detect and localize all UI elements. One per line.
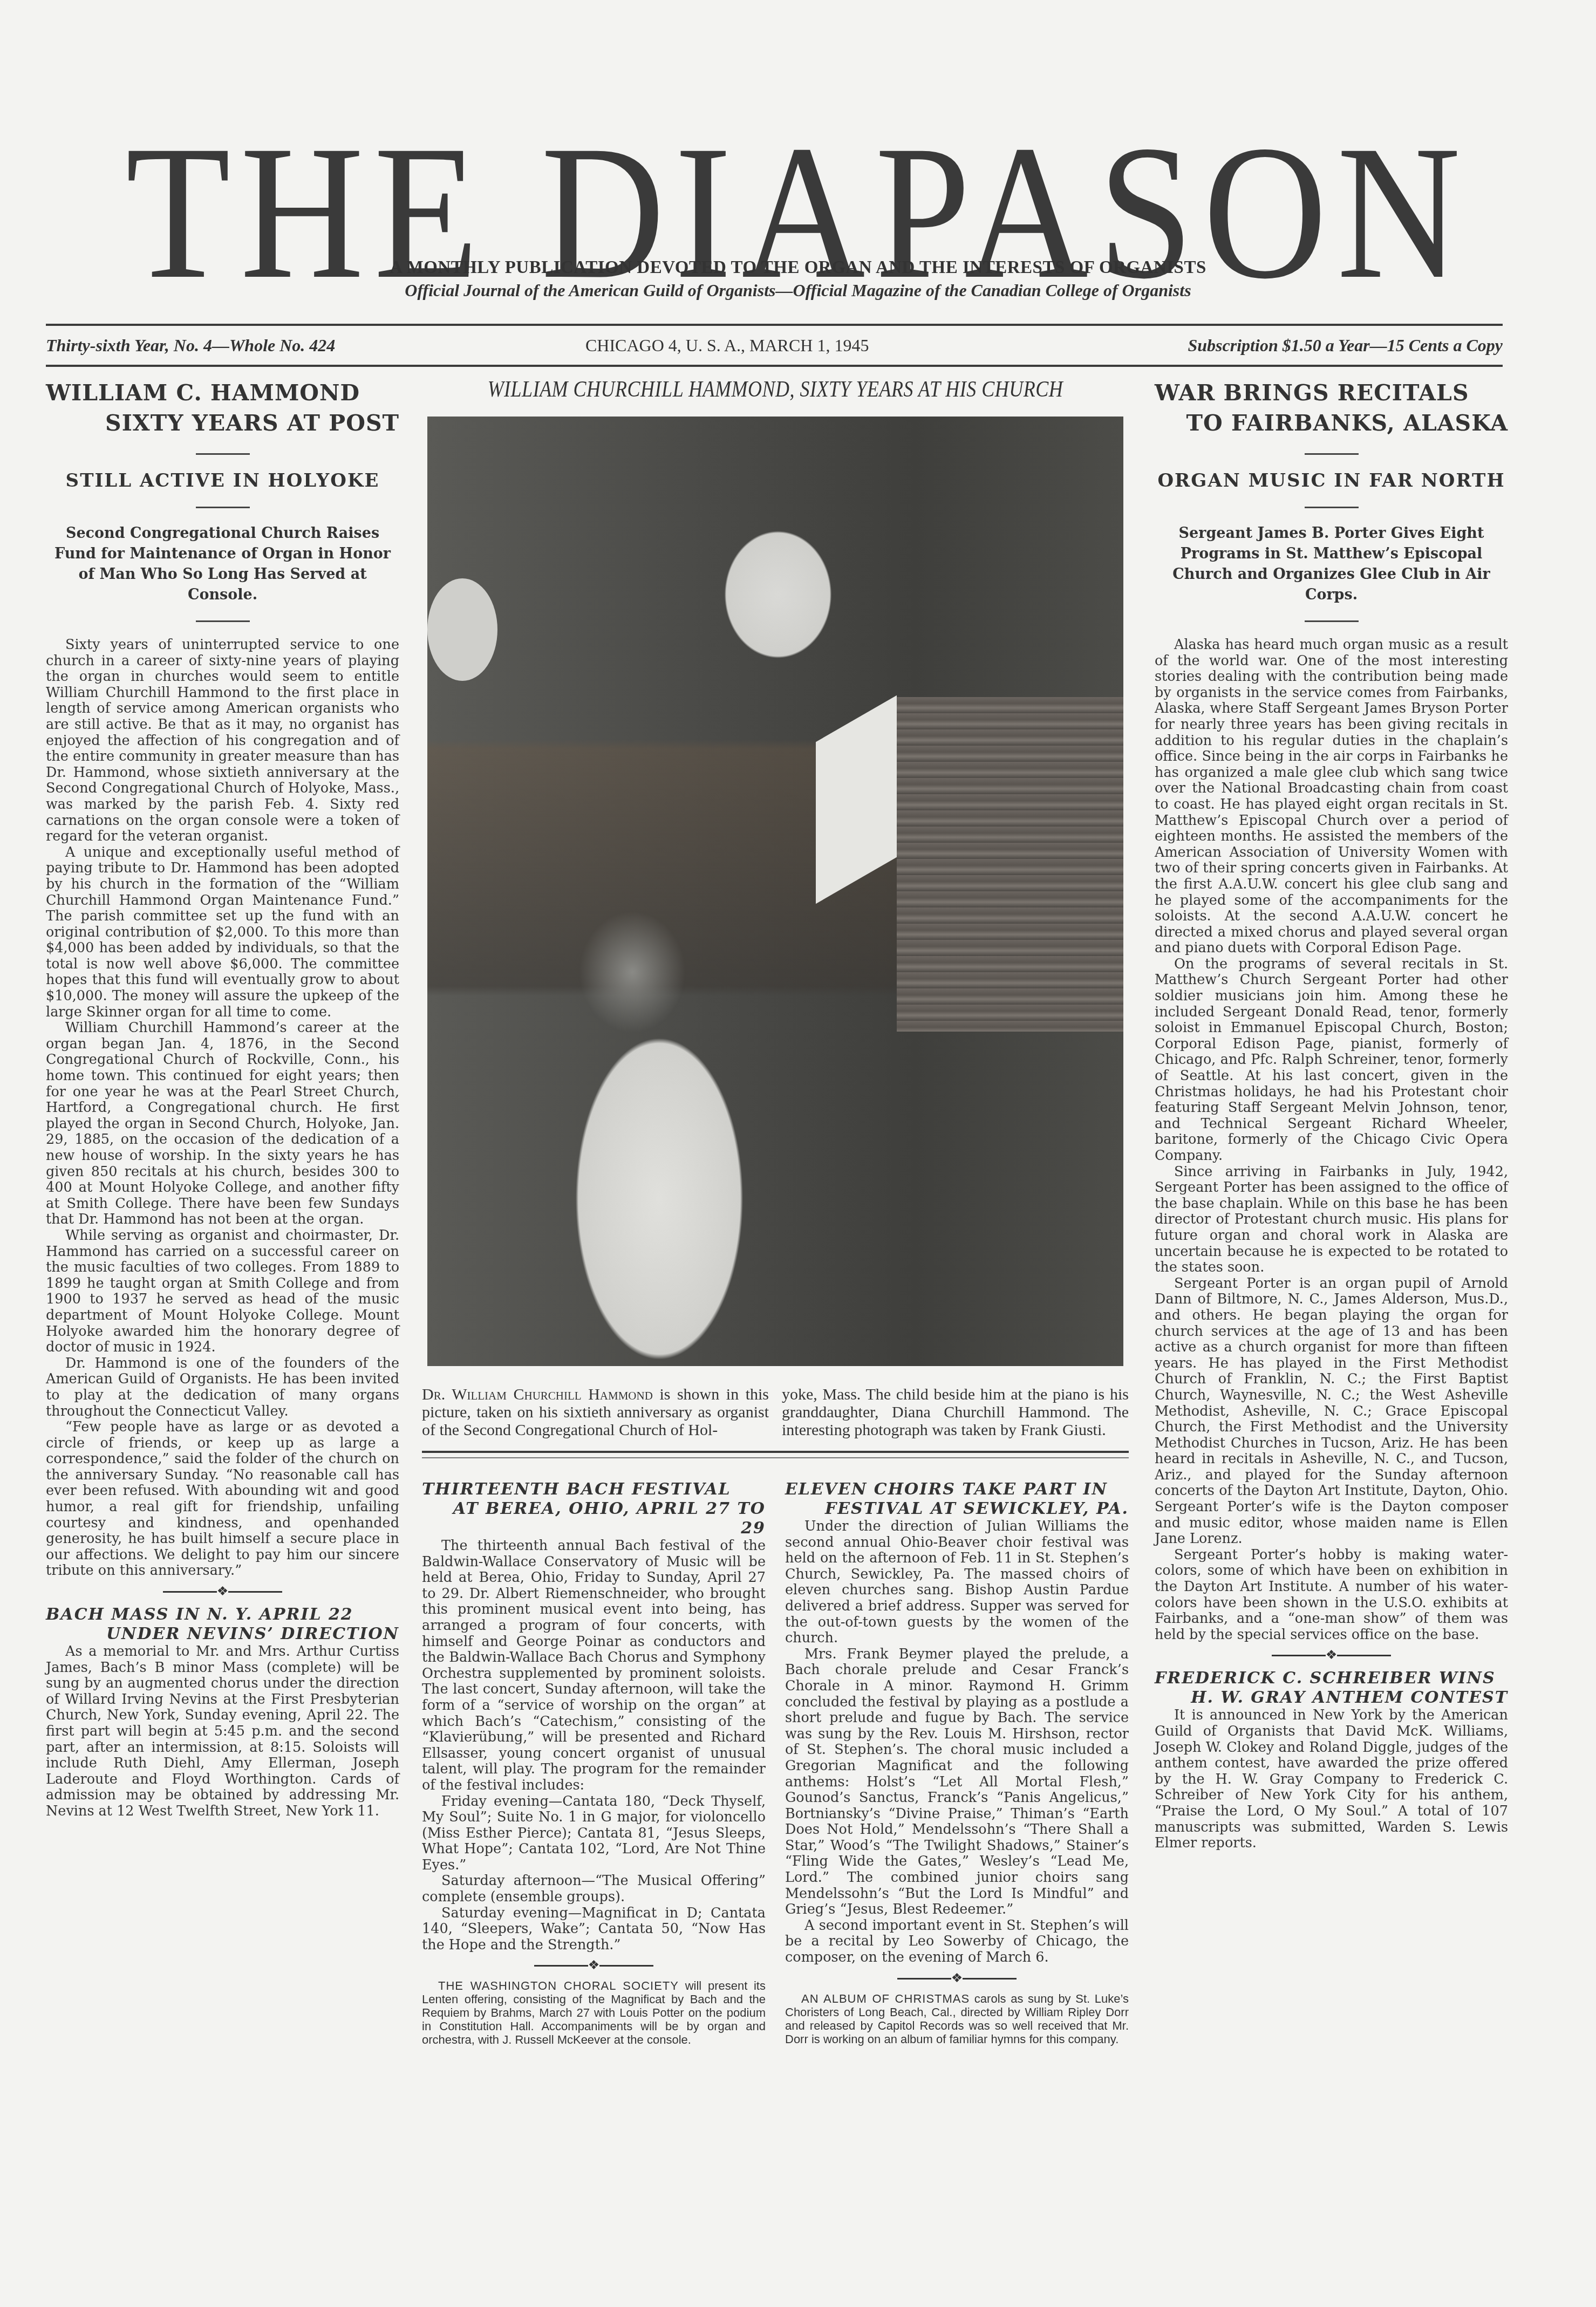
lamp-shape: [427, 578, 497, 681]
caption-text: yoke, Mass. The child beside him at the …: [782, 1385, 1129, 1439]
piano-keys-shape: [816, 695, 897, 904]
hammond-body: Sixty years of uninterrupted service to …: [46, 637, 399, 1579]
masthead-subtagline: Official Journal of the American Guild o…: [0, 281, 1596, 301]
hammond-subhead: STILL ACTIVE IN HOLYOKE: [46, 470, 399, 492]
ornament-divider: ❖: [46, 1585, 399, 1598]
short-divider: [1305, 620, 1359, 622]
paragraph: Saturday evening—Magnificat in D; Cantat…: [422, 1906, 766, 1954]
center-column: WILLIAM CHURCHILL HAMMOND, SIXTY YEARS A…: [422, 378, 1129, 2046]
divider-top: [46, 324, 1503, 326]
eleven-choirs-headline: ELEVEN CHOIRS TAKE PART IN FESTIVAL AT S…: [785, 1480, 1129, 1519]
headline-line: UNDER NEVINS’ DIRECTION: [46, 1625, 399, 1644]
hammond-headline: WILLIAM C. HAMMOND SIXTY YEARS AT POST: [46, 378, 399, 438]
headline-line: AT BEREA, OHIO, APRIL 27 TO 29: [422, 1499, 766, 1538]
left-column: WILLIAM C. HAMMOND SIXTY YEARS AT POST S…: [46, 378, 399, 1820]
diamond-ornament-icon: ❖: [1326, 1647, 1338, 1662]
paragraph: William Churchill Hammond’s career at th…: [46, 1020, 399, 1228]
bach-mass-headline: BACH MASS IN N. Y. APRIL 22 UNDER NEVINS…: [46, 1605, 399, 1644]
piano-shape: [897, 697, 1123, 1032]
paragraph: Under the direction of Julian Williams t…: [785, 1519, 1129, 1647]
notice-lead: THE WASHINGTON CHORAL SOCIETY: [438, 1979, 679, 1992]
ornament-divider: ❖: [422, 1958, 766, 1971]
bach-festival-headline: THIRTEENTH BACH FESTIVAL AT BEREA, OHIO,…: [422, 1480, 766, 1538]
headline-line: FREDERICK C. SCHREIBER WINS: [1155, 1669, 1496, 1688]
hammond-photo: [427, 417, 1123, 1366]
issue-number: Thirty-sixth Year, No. 4—Whole No. 424: [46, 336, 335, 356]
short-divider: [1305, 507, 1359, 508]
headline-line: WAR BRINGS RECITALS: [1155, 380, 1469, 406]
headline-line: H. W. GRAY ANTHEM CONTEST: [1155, 1688, 1508, 1708]
paragraph: Saturday afternoon—“The Musical Offering…: [422, 1873, 766, 1905]
paragraph: Since arriving in Fairbanks in July, 194…: [1155, 1164, 1508, 1276]
photo-title: WILLIAM CHURCHILL HAMMOND, SIXTY YEARS A…: [422, 376, 1129, 402]
fairbanks-deck: Sergeant James B. Porter Gives Eight Pro…: [1155, 523, 1508, 605]
headline-line: ELEVEN CHOIRS TAKE PART IN: [785, 1480, 1108, 1499]
paragraph: “Few people have as large or as devoted …: [46, 1419, 399, 1579]
paragraph: On the programs of several recitals in S…: [1155, 957, 1508, 1164]
paragraph: Friday evening—Cantata 180, “Deck Thysel…: [422, 1794, 766, 1874]
diamond-ornament-icon: ❖: [951, 1970, 963, 1985]
schreiber-headline: FREDERICK C. SCHREIBER WINS H. W. GRAY A…: [1155, 1669, 1508, 1708]
bach-festival-body: The thirteenth annual Bach festival of t…: [422, 1538, 766, 1953]
paragraph: While serving as organist and choirmaste…: [46, 1228, 399, 1356]
paragraph: Sergeant Porter’s hobby is making water-…: [1155, 1547, 1508, 1643]
schreiber-body: It is announced in New York by the Ameri…: [1155, 1708, 1508, 1851]
divider: [422, 1457, 1129, 1458]
bach-mass-body: As a memorial to Mr. and Mrs. Arthur Cur…: [46, 1644, 399, 1820]
paragraph: Sixty years of uninterrupted service to …: [46, 637, 399, 845]
headline-line: BACH MASS IN N. Y. APRIL 22: [46, 1605, 353, 1624]
short-divider: [1305, 453, 1359, 455]
hammond-deck: Second Congregational Church Raises Fund…: [46, 523, 399, 605]
paragraph: Alaska has heard much organ music as a r…: [1155, 637, 1508, 957]
diamond-ornament-icon: ❖: [588, 1957, 600, 1972]
caption-lead: Dr. William Churchill Hammond: [422, 1385, 653, 1403]
photo-caption: Dr. William Churchill Hammond is shown i…: [422, 1385, 1129, 1439]
fairbanks-body: Alaska has heard much organ music as a r…: [1155, 637, 1508, 1643]
divider-bottom: [46, 365, 1503, 367]
paragraph: The thirteenth annual Bach festival of t…: [422, 1538, 766, 1794]
christmas-album-notice: AN ALBUM OF CHRISTMAS carols as sung by …: [785, 1992, 1129, 2046]
notice-lead: AN ALBUM OF CHRISTMAS: [801, 1992, 970, 2005]
paragraph: A second important event in St. Stephen’…: [785, 1918, 1129, 1966]
right-column: WAR BRINGS RECITALS TO FAIRBANKS, ALASKA…: [1155, 378, 1508, 1852]
fairbanks-headline: WAR BRINGS RECITALS TO FAIRBANKS, ALASKA: [1155, 378, 1508, 438]
ornament-divider: ❖: [1155, 1648, 1508, 1661]
paragraph: Mrs. Frank Beymer played the prelude, a …: [785, 1647, 1129, 1918]
fairbanks-subhead: ORGAN MUSIC IN FAR NORTH: [1155, 470, 1508, 492]
paragraph: As a memorial to Mr. and Mrs. Arthur Cur…: [46, 1644, 399, 1820]
washington-notice: THE WASHINGTON CHORAL SOCIETY will prese…: [422, 1979, 766, 2046]
headline-line: THIRTEENTH BACH FESTIVAL: [422, 1480, 731, 1499]
paragraph: Dr. Hammond is one of the founders of th…: [46, 1356, 399, 1419]
eleven-choirs-body: Under the direction of Julian Williams t…: [785, 1519, 1129, 1966]
eleven-choirs-column: ELEVEN CHOIRS TAKE PART IN FESTIVAL AT S…: [785, 1480, 1129, 2046]
masthead-tagline: A MONTHLY PUBLICATION DEVOTED TO THE ORG…: [0, 258, 1596, 278]
paragraph: A unique and exceptionally useful method…: [46, 845, 399, 1021]
place-date: CHICAGO 4, U. S. A., MARCH 1, 1945: [585, 336, 869, 356]
headline-line: SIXTY YEARS AT POST: [46, 408, 399, 438]
subscription-price: Subscription $1.50 a Year—15 Cents a Cop…: [1188, 336, 1503, 356]
diamond-ornament-icon: ❖: [217, 1583, 229, 1599]
headline-line: WILLIAM C. HAMMOND: [46, 380, 360, 406]
ornament-divider: ❖: [785, 1971, 1129, 1984]
masthead-title: THE DIAPASON: [0, 116, 1596, 308]
headline-line: FESTIVAL AT SEWICKLEY, PA.: [785, 1499, 1129, 1519]
divider: [422, 1451, 1129, 1453]
center-subcolumns: THIRTEENTH BACH FESTIVAL AT BEREA, OHIO,…: [422, 1480, 1129, 2046]
short-divider: [196, 507, 250, 508]
headline-line: TO FAIRBANKS, ALASKA: [1155, 408, 1508, 438]
short-divider: [196, 453, 250, 455]
short-divider: [196, 620, 250, 622]
paragraph: It is announced in New York by the Ameri…: [1155, 1708, 1508, 1851]
dateline: Thirty-sixth Year, No. 4—Whole No. 424 C…: [46, 336, 1503, 359]
paragraph: Sergeant Porter is an organ pupil of Arn…: [1155, 1276, 1508, 1547]
bach-festival-column: THIRTEENTH BACH FESTIVAL AT BEREA, OHIO,…: [422, 1480, 766, 2046]
